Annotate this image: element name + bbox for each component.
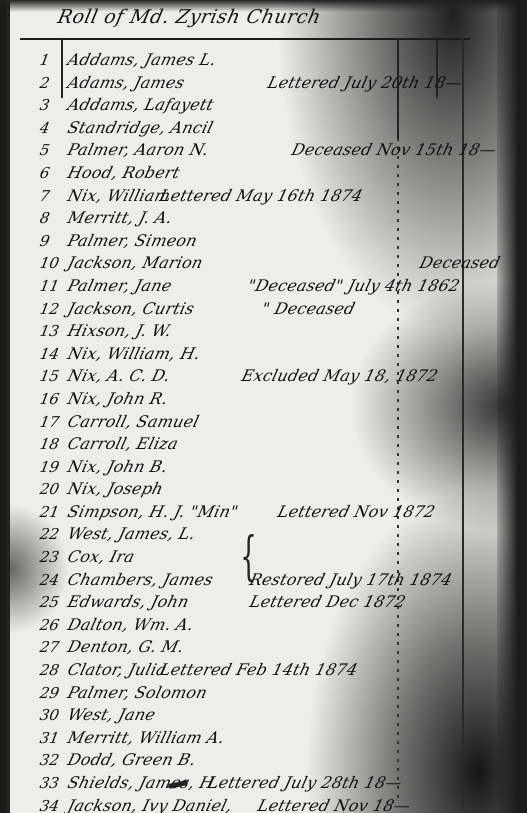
entry-status-note: " Deceased [259, 298, 357, 320]
list-item: 28Clator, JuliaLettered Feb 14th 1874 [10, 659, 527, 682]
list-item: 7Nix, WilliamLettered May 16th 1874 [10, 185, 527, 208]
entry-status-note: Lettered Feb 14th 1874 [157, 659, 360, 681]
entry-name: Denton, G. M. [65, 636, 186, 658]
entry-name: West, James, L. [65, 523, 198, 545]
list-item: 14Nix, William, H. [10, 343, 527, 366]
list-item: 32Dodd, Green B. [10, 749, 527, 772]
list-item: 25Edwards, JohnLettered Dec 1872 [10, 591, 527, 614]
entry-name: Addams, Lafayett [65, 94, 216, 116]
entry-name: Hixson, J. W. [65, 320, 174, 342]
entry-status-note: Lettered Nov 1872 [275, 501, 437, 523]
list-item: 12Jackson, Curtis" Deceased [10, 298, 527, 321]
entry-status-note: Deceased [417, 252, 502, 274]
entry-name: Jackson, Curtis [65, 298, 196, 320]
entry-status-note: "Deceased" July 4th 1862 [245, 275, 462, 297]
entry-name: Simpson, H. J. "Min" [65, 501, 240, 523]
list-item: 2Adams, JamesLettered July 20th 18— [10, 72, 527, 95]
list-item: 5Palmer, Aaron N.Deceased Nov 15th 18— [10, 139, 527, 162]
list-item: 15Nix, A. C. D.Excluded May 18, 1872 [10, 365, 527, 388]
list-item: 4Standridge, Ancil [10, 117, 527, 140]
entry-name: Carroll, Samuel [65, 411, 201, 433]
list-item: 23Cox, Ira [10, 546, 527, 569]
entry-status-note: Lettered Nov 18— [255, 795, 413, 813]
list-item: 8Merritt, J. A. [10, 207, 527, 230]
list-item: 24Chambers, JamesRestored July 17th 1874 [10, 569, 527, 592]
list-item: 11Palmer, Jane"Deceased" July 4th 1862 [10, 275, 527, 298]
entry-name: Palmer, Aaron N. [65, 139, 211, 161]
list-item: 20Nix, Joseph [10, 478, 527, 501]
entry-name: Adams, James [65, 72, 187, 94]
list-item: 27Denton, G. M. [10, 636, 527, 659]
list-item: 13Hixson, J. W. [10, 320, 527, 343]
entry-name: Dodd, Green B. [65, 749, 198, 771]
entry-name: Nix, William [65, 185, 173, 207]
entry-name: Cox, Ira [65, 546, 137, 568]
list-item: 17Carroll, Samuel [10, 411, 527, 434]
entry-status-note: Lettered July 28th 18— [205, 772, 404, 794]
list-item: 26Dalton, Wm. A. [10, 614, 527, 637]
entry-name: Palmer, Jane [65, 275, 174, 297]
entry-name: Dalton, Wm. A. [65, 614, 196, 636]
ledger-page: Roll of Md. Zyrish Church 1Addams, James… [6, 0, 527, 813]
entry-name: Edwards, John [65, 591, 191, 613]
entry-status-note: Restored July 17th 1874 [247, 569, 454, 591]
entry-name: Nix, William, H. [65, 343, 203, 365]
list-item: 10Jackson, MarionDeceased [10, 252, 527, 275]
list-item: 33Shields, James, H.Lettered July 28th 1… [10, 772, 527, 795]
entry-name: Palmer, Solomon [65, 682, 209, 704]
header-rule [20, 38, 470, 40]
entry-status-note: Lettered May 16th 1874 [157, 185, 365, 207]
list-item: 22West, James, L. [10, 523, 527, 546]
entry-name: Merritt, William A. [65, 727, 227, 749]
list-item: 34Jackson, Ivy Daniel,Lettered Nov 18— [10, 795, 527, 813]
entry-number: 34 [38, 795, 70, 813]
scan-edge-top [0, 0, 527, 12]
entry-status-note: Lettered July 20th 18— [265, 72, 464, 94]
scan-edge-right [497, 0, 527, 813]
list-item: 1Addams, James L. [10, 49, 527, 72]
entry-name: Palmer, Simeon [65, 230, 199, 252]
entry-name: Addams, James L. [65, 49, 218, 71]
list-item: 9Palmer, Simeon [10, 230, 527, 253]
list-item: 21Simpson, H. J. "Min"Lettered Nov 1872 [10, 501, 527, 524]
brace-mark: { [240, 531, 257, 583]
entry-name: Hood, Robert [65, 162, 182, 184]
entry-list: 1Addams, James L.2Adams, JamesLettered J… [10, 49, 527, 813]
entry-name: Jackson, Ivy Daniel, [65, 795, 234, 813]
entry-name: Nix, John R. [65, 388, 170, 410]
list-item: 30West, Jane [10, 704, 527, 727]
entry-name: West, Jane [65, 704, 158, 726]
entry-name: Merritt, J. A. [65, 207, 175, 229]
entry-name: Standridge, Ancil [65, 117, 215, 139]
list-item: 3Addams, Lafayett [10, 94, 527, 117]
list-item: 29Palmer, Solomon [10, 682, 527, 705]
list-item: 31Merritt, William A. [10, 727, 527, 750]
entry-name: Carroll, Eliza [65, 433, 180, 455]
entry-name: Clator, Julia [65, 659, 169, 681]
entry-status-note: Excluded May 18, 1872 [239, 365, 440, 387]
entry-name: Nix, A. C. D. [65, 365, 172, 387]
list-item: 18Carroll, Eliza [10, 433, 527, 456]
entry-name: Chambers, James [65, 569, 215, 591]
list-item: 16Nix, John R. [10, 388, 527, 411]
entry-name: Nix, John B. [65, 456, 170, 478]
list-item: 6Hood, Robert [10, 162, 527, 185]
entry-status-note: Lettered Dec 1872 [247, 591, 408, 613]
list-item: 19Nix, John B. [10, 456, 527, 479]
entry-name: Nix, Joseph [65, 478, 165, 500]
entry-name: Shields, James, H. [65, 772, 222, 794]
entry-name: Jackson, Marion [65, 252, 205, 274]
entry-status-note: Deceased Nov 15th 18— [289, 139, 498, 161]
